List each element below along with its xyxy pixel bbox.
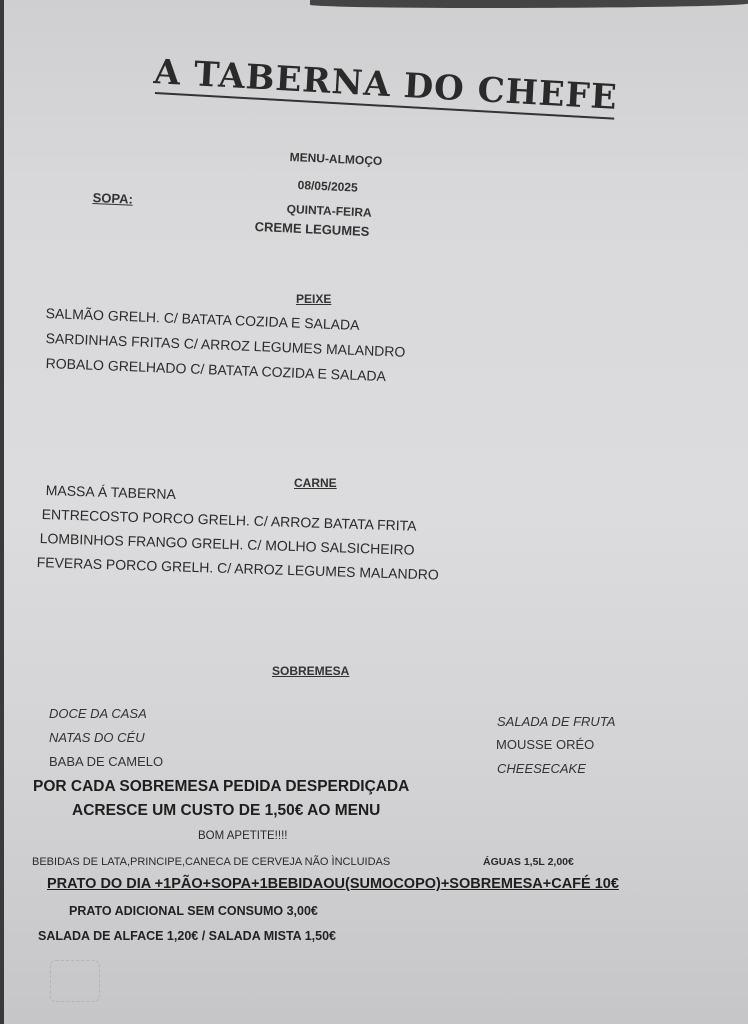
dessert-item: DOCE DA CASA xyxy=(49,706,147,721)
greeting: BOM APETITE!!!! xyxy=(198,830,287,842)
menu-date: 08/05/2025 xyxy=(297,178,358,195)
waste-notice-line2: ACRESCE UM CUSTO DE 1,50€ AO MENU xyxy=(72,802,380,820)
fish-section-label: PEIXE xyxy=(296,292,331,306)
dessert-item: MOUSSE ORÉO xyxy=(496,737,594,752)
dessert-item: NATAS DO CÉU xyxy=(49,730,145,745)
extra-dish-price: PRATO ADICIONAL SEM CONSUMO 3,00€ xyxy=(69,904,318,918)
soup-label: SOPA: xyxy=(92,190,133,207)
dessert-item: BABA DE CAMELO xyxy=(49,754,163,769)
meat-section-label: CARNE xyxy=(294,476,337,490)
waste-notice-line1: POR CADA SOBREMESA PEDIDA DESPERDIÇADA xyxy=(33,778,409,796)
dessert-item: CHEESECAKE xyxy=(497,761,586,776)
dessert-section-label: SOBREMESA xyxy=(272,664,349,678)
faded-stamp-logo xyxy=(50,960,100,1002)
water-price: ÁGUAS 1,5L 2,00€ xyxy=(483,856,574,868)
salad-prices: SALADA DE ALFACE 1,20€ / SALADA MISTA 1,… xyxy=(38,929,336,943)
drinks-excluded-note: BEBIDAS DE LATA,PRINCIPE,CANECA DE CERVE… xyxy=(32,856,390,868)
dessert-item: SALADA DE FRUTA xyxy=(497,714,615,729)
daily-deal: PRATO DO DIA +1PÃO+SOPA+1BEBIDAOU(SUMOCO… xyxy=(47,876,619,892)
